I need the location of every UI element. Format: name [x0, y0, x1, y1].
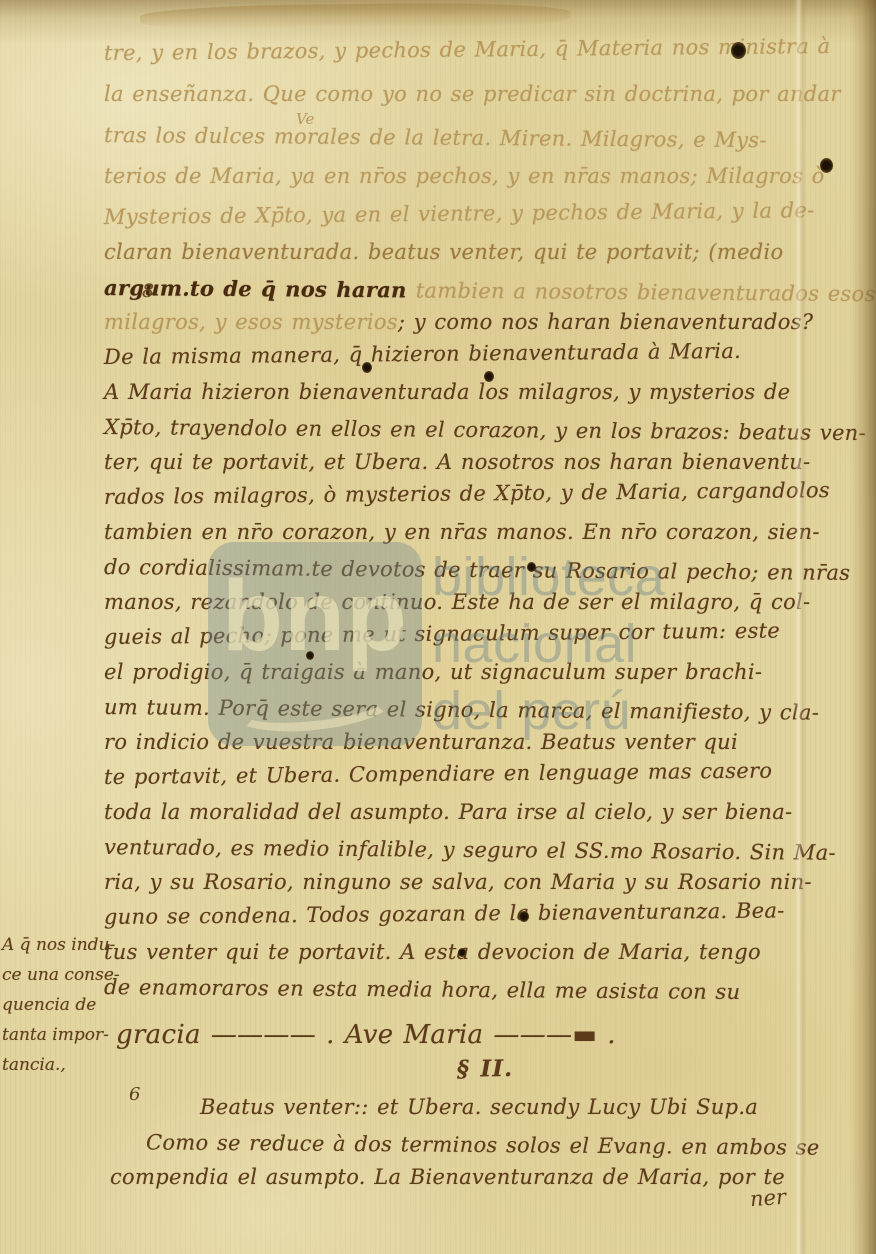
manuscript-line: guno se condena. Todos gozaran de la bie… — [104, 893, 866, 935]
manuscript-line: De la misma manera, q̄ hizieron bienaven… — [104, 333, 866, 375]
manuscript-page: tre, y en los brazos, y pechos de Maria,… — [0, 0, 876, 1254]
manuscript-text-segment: ; y como nos haran bienaventurados? — [398, 310, 813, 334]
margin-note-line: A q̄ nos indu- — [2, 930, 128, 960]
manuscript-line: argum.to de q̄ nos haran tambien a nosot… — [104, 270, 866, 311]
wormhole-spot — [362, 362, 372, 373]
manuscript-text-segment: milagros, y esos mysterios — [104, 310, 398, 334]
manuscript-text-segment: A Maria hizieron bienaventurada los mila… — [104, 380, 790, 404]
manuscript-text-segment: § II. — [457, 1055, 513, 1083]
manuscript-line: tras los dulces morales de la letra. Mir… — [104, 118, 866, 159]
margin-numeral-8: 8 — [142, 280, 154, 302]
manuscript-text-segment: el prodigio, q̄ traigais à mano, ut sign… — [104, 660, 762, 684]
wormhole-spot — [458, 948, 466, 957]
manuscript-text-segment: te portavit, et Ubera. Compendiare en le… — [104, 759, 773, 789]
wormhole-spot — [306, 651, 314, 660]
manuscript-line: Mysterios de Xp̄to, ya en el vientre, y … — [104, 193, 866, 235]
manuscript-text-segment: tambien en nr̄o corazon, y en nr̄as mano… — [104, 520, 820, 544]
wormhole-spot — [731, 42, 746, 59]
manuscript-text-segment: ro indicio de vuestra bienaventuranza. B… — [104, 730, 738, 754]
manuscript-line: Beatus venter:: et Ubera. secundy Lucy U… — [104, 1090, 866, 1125]
margin-note-line: ce una conse- — [2, 960, 128, 990]
manuscript-text-segment: Como se reduce à dos terminos solos el E… — [146, 1130, 820, 1159]
manuscript-text-segment: Beatus venter:: et Ubera. secundy Lucy U… — [200, 1095, 758, 1119]
interlinear-insertion: Ve — [296, 110, 314, 128]
manuscript-text-segment: De la misma manera, q̄ hizieron bienaven… — [104, 339, 741, 369]
manuscript-text-segment: tre, y en los brazos, y pechos de Maria,… — [104, 34, 831, 65]
manuscript-line: terios de Maria, ya en nr̄os pechos, y e… — [104, 159, 866, 194]
manuscript-line: toda la moralidad del asumpto. Para irse… — [104, 795, 866, 830]
manuscript-line: el prodigio, q̄ traigais à mano, ut sign… — [104, 655, 866, 690]
manuscript-line: de enamoraros en esta media hora, ella m… — [104, 970, 866, 1011]
manuscript-line: Como se reduce à dos terminos solos el E… — [104, 1125, 866, 1166]
manuscript-text-segment: claran bienaventurada. beatus venter, qu… — [104, 240, 784, 264]
manuscript-text-segment: gracia ———— . Ave Maria ———▬ . — [116, 1020, 616, 1050]
manuscript-line: la enseñanza. Que como yo no se predicar… — [104, 77, 866, 112]
margin-numeral-6: 6 — [129, 1084, 140, 1105]
manuscript-line: gueis al pecho; pone me ut signaculum su… — [104, 613, 866, 655]
margin-note-line: tancia., — [2, 1050, 128, 1080]
manuscript-line: § II. — [104, 1048, 866, 1090]
manuscript-text-segment: tus venter qui te portavit. A esta devoc… — [104, 940, 761, 964]
wormhole-spot — [527, 562, 536, 572]
manuscript-text-segment: venturado, es medio infalible, y seguro … — [104, 835, 836, 865]
manuscript-line: rados los milagros, ò mysterios de Xp̄to… — [104, 473, 866, 515]
manuscript-line: um tuum. Porq̄ este sera el signo, la ma… — [104, 690, 866, 731]
manuscript-line: tre, y en los brazos, y pechos de Maria,… — [104, 29, 866, 71]
manuscript-line: te portavit, et Ubera. Compendiare en le… — [104, 753, 866, 795]
wormhole-spot — [519, 911, 529, 922]
manuscript-text-block: tre, y en los brazos, y pechos de Maria,… — [104, 36, 866, 1195]
page-crease — [794, 0, 806, 1254]
wormhole-spot — [484, 371, 494, 382]
manuscript-text-segment: de enamoraros en esta media hora, ella m… — [104, 975, 741, 1004]
manuscript-text-segment: gueis al pecho; pone me ut signaculum su… — [104, 619, 780, 649]
catchword: ner — [749, 1185, 787, 1211]
margin-note: A q̄ nos indu- ce una conse- quencia de … — [2, 930, 128, 1080]
manuscript-text-segment: manos, rezandolo de continuo. Este ha de… — [104, 590, 810, 614]
manuscript-text-segment: tambien a nosotros bienaventurados esos — [416, 278, 876, 306]
manuscript-line: Xp̄to, trayendolo en ellos en el corazon… — [104, 410, 866, 451]
manuscript-text-segment: tras los dulces morales de la letra. Mir… — [104, 123, 767, 152]
manuscript-text-segment: ria, y su Rosario, ninguno se salva, con… — [104, 870, 812, 894]
manuscript-text-segment: Xp̄to, trayendolo en ellos en el corazon… — [104, 415, 866, 445]
manuscript-line: tambien en nr̄o corazon, y en nr̄as mano… — [104, 515, 866, 550]
margin-note-line: tanta impor- — [2, 1020, 128, 1050]
manuscript-line: claran bienaventurada. beatus venter, qu… — [104, 235, 866, 270]
page-right-edge-shadow — [850, 0, 876, 1254]
manuscript-text-segment: guno se condena. Todos gozaran de la bie… — [104, 898, 785, 929]
margin-note-line: quencia de — [2, 990, 128, 1020]
manuscript-text-segment: compendia el asumpto. La Bienaventuranza… — [110, 1165, 785, 1189]
manuscript-text-segment: Mysterios de Xp̄to, ya en el vientre, y … — [104, 198, 815, 229]
wormhole-spot — [820, 158, 833, 173]
manuscript-text-segment: la enseñanza. Que como yo no se predicar… — [104, 82, 841, 106]
manuscript-text-segment: rados los milagros, ò mysterios de Xp̄to… — [104, 478, 830, 509]
manuscript-text-segment: um tuum. Porq̄ este sera el signo, la ma… — [104, 695, 819, 725]
manuscript-text-segment: do cordialissimam.te devotos de traer su… — [104, 555, 850, 585]
manuscript-line: tus venter qui te portavit. A esta devoc… — [104, 935, 866, 970]
manuscript-text-segment: terios de Maria, ya en nr̄os pechos, y e… — [104, 164, 825, 188]
manuscript-line: venturado, es medio infalible, y seguro … — [104, 830, 866, 871]
manuscript-text-segment: toda la moralidad del asumpto. Para irse… — [104, 800, 792, 824]
manuscript-line: do cordialissimam.te devotos de traer su… — [104, 550, 866, 591]
manuscript-text-segment: ter, qui te portavit, et Ubera. A nosotr… — [104, 450, 810, 474]
